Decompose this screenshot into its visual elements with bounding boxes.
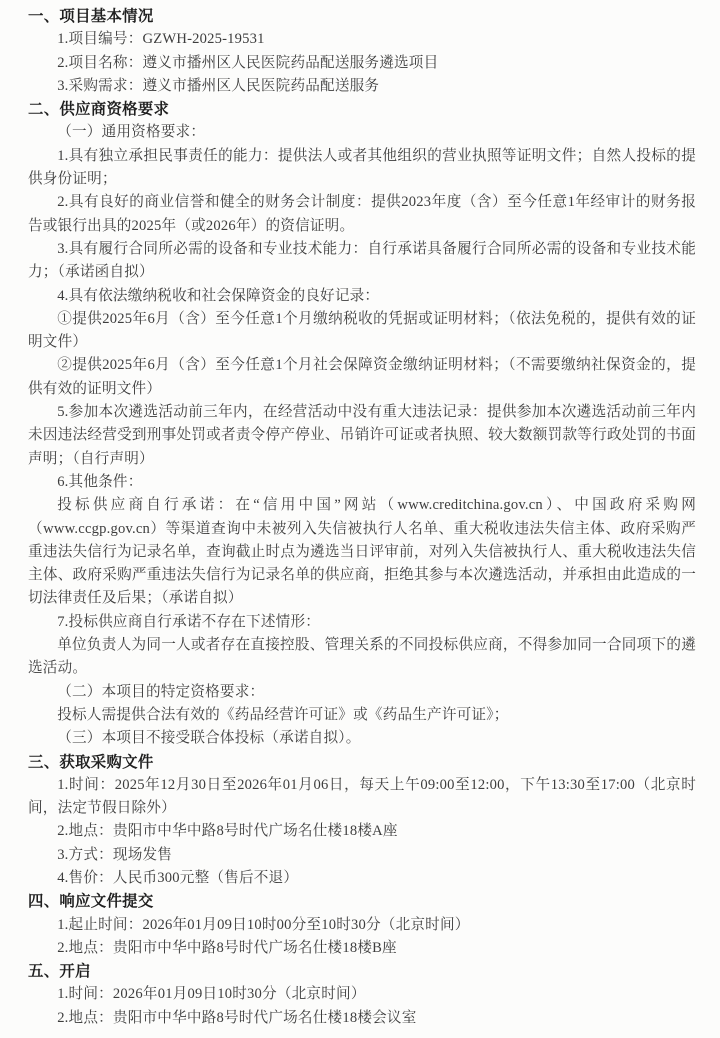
paragraph-qualification-7-detail: 单位负责人为同一人或者存在直接控股、管理关系的不同投标供应商，不得参加同一合同项… [28,634,696,681]
paragraph-opening-time: 1.时间：2026年01月09日10时30分（北京时间） [28,983,696,1006]
paragraph-procurement-demand: 3.采购需求：遵义市播州区人民医院药品配送服务 [28,75,696,98]
paragraph-obtain-method: 3.方式：现场发售 [28,844,696,867]
paragraph-qualification-6-title: 6.其他条件： [28,471,696,494]
section-response-document-submission: 四、响应文件提交 1.起止时间：2026年01月09日10时00分至10时30分… [28,890,696,960]
paragraph-qualification-3: 3.具有履行合同所必需的设备和专业技术能力：自行承诺具备履行合同所必需的设备和专… [28,238,696,285]
paragraph-qualification-4: 4.具有依法缴纳税收和社会保障资金的良好记录： [28,285,696,308]
paragraph-project-number: 1.项目编号：GZWH-2025-19531 [28,28,696,51]
paragraph-qualification-7-title: 7.投标供应商自行承诺不存在下述情形： [28,611,696,634]
section-project-basic-info: 一、项目基本情况 1.项目编号：GZWH-2025-19531 2.项目名称：遵… [28,5,696,98]
section-obtain-procurement-documents: 三、获取采购文件 1.时间：2025年12月30日至2026年01月06日，每天… [28,751,696,891]
paragraph-qualification-5: 5.参加本次遴选活动前三年内，在经营活动中没有重大违法记录：提供参加本次遴选活动… [28,401,696,471]
paragraph-obtain-time: 1.时间：2025年12月30日至2026年01月06日，每天上午09:00至1… [28,774,696,821]
section-heading-supplier-qualifications: 二、供应商资格要求 [28,98,696,121]
section-heading-obtain-procurement-documents: 三、获取采购文件 [28,751,696,774]
paragraph-obtain-location: 2.地点：贵阳市中华中路8号时代广场名仕楼18楼A座 [28,820,696,843]
paragraph-project-name: 2.项目名称：遵义市播州区人民医院药品配送服务遴选项目 [28,52,696,75]
section-heading-project-basic-info: 一、项目基本情况 [28,5,696,28]
paragraph-opening-location: 2.地点：贵阳市中华中路8号时代广场名仕楼18楼会议室 [28,1007,696,1030]
paragraph-qualification-1: 1.具有独立承担民事责任的能力：提供法人或者其他组织的营业执照等证明文件；自然人… [28,145,696,192]
section-opening: 五、开启 1.时间：2026年01月09日10时30分（北京时间） 2.地点：贵… [28,960,696,1030]
paragraph-qualification-4-tax: ①提供2025年6月（含）至今任意1个月缴纳税收的凭据或证明材料；（依法免税的，… [28,308,696,355]
document-page: 一、项目基本情况 1.项目编号：GZWH-2025-19531 2.项目名称：遵… [0,0,720,1038]
paragraph-submission-location: 2.地点：贵阳市中华中路8号时代广场名仕楼18楼B座 [28,937,696,960]
paragraph-no-consortium-bidding: （三）本项目不接受联合体投标（承诺自拟）。 [28,727,696,750]
paragraph-specific-qualification-title: （二）本项目的特定资格要求： [28,681,696,704]
paragraph-specific-qualification-license: 投标人需提供合法有效的《药品经营许可证》或《药品生产许可证》； [28,704,696,727]
paragraph-general-qualification-title: （一）通用资格要求： [28,121,696,144]
paragraph-obtain-price: 4.售价：人民币300元整（售后不退） [28,867,696,890]
paragraph-qualification-4-social-security: ②提供2025年6月（含）至今任意1个月社会保障资金缴纳证明材料；（不需要缴纳社… [28,354,696,401]
paragraph-qualification-2: 2.具有良好的商业信誉和健全的财务会计制度：提供2023年度（含）至今任意1年经… [28,191,696,238]
paragraph-qualification-6-credit-check: 投标供应商自行承诺：在“信用中国”网站（www.creditchina.gov.… [28,494,696,610]
paragraph-submission-time: 1.起止时间：2026年01月09日10时00分至10时30分（北京时间） [28,914,696,937]
section-supplier-qualifications: 二、供应商资格要求 （一）通用资格要求： 1.具有独立承担民事责任的能力：提供法… [28,98,696,750]
section-heading-response-document-submission: 四、响应文件提交 [28,890,696,913]
section-heading-opening: 五、开启 [28,960,696,983]
